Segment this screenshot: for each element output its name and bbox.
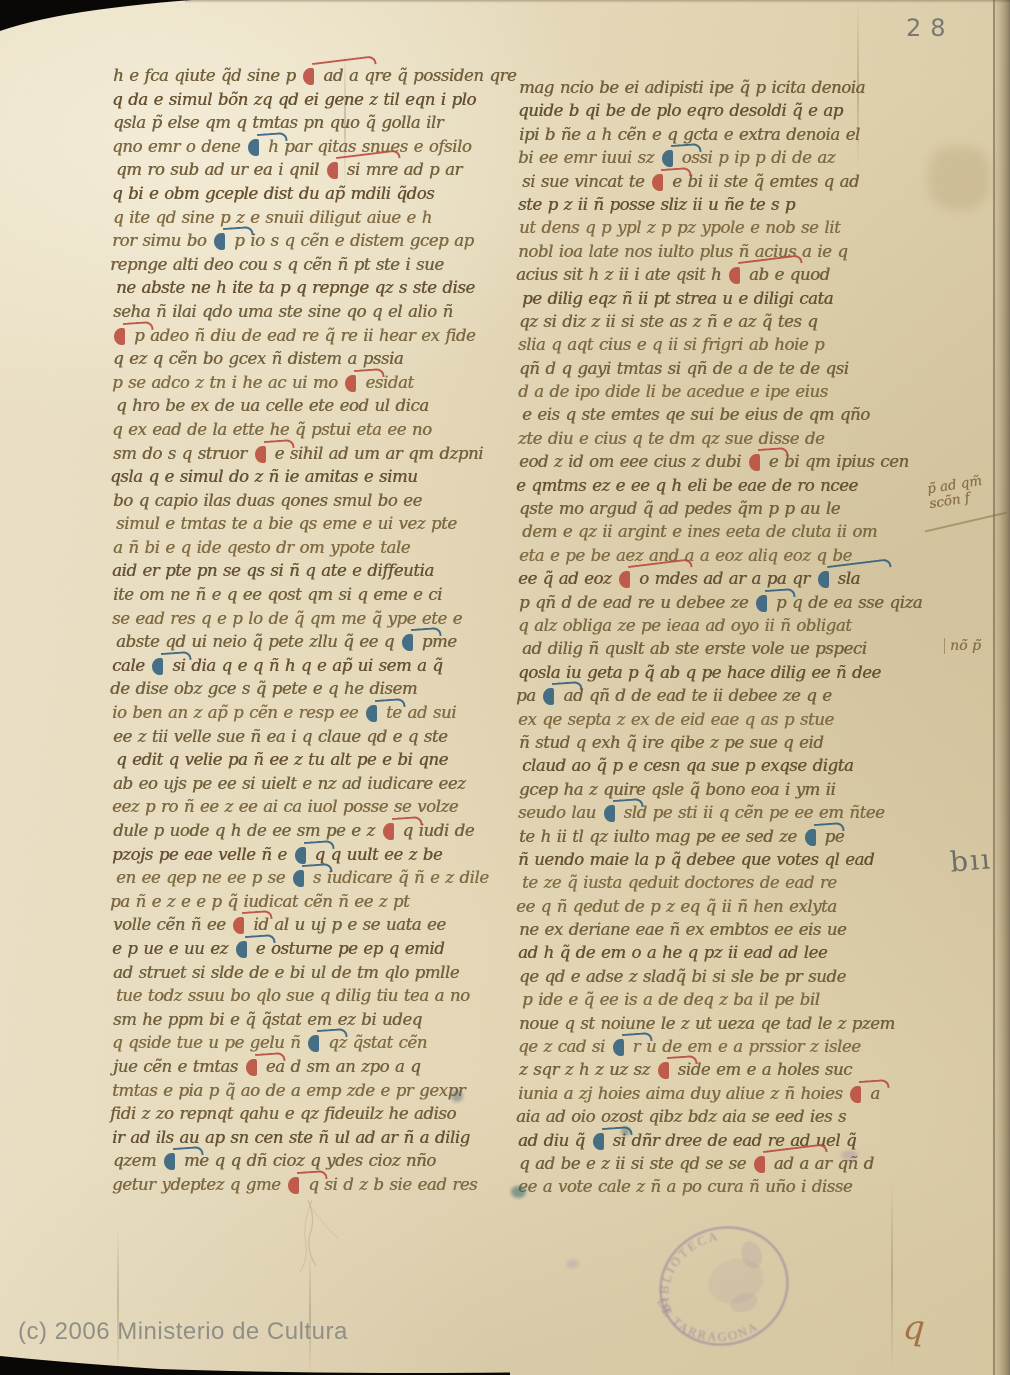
red-paragraph-mark bbox=[658, 1061, 673, 1078]
blue-paragraph-mark bbox=[236, 940, 251, 957]
manuscript-line: ne abste ne h ite ta p q repnge qz s ste… bbox=[116, 276, 484, 300]
manuscript-line: q hro be ex de ua celle ete eod ul dica bbox=[116, 394, 484, 418]
blue-paragraph-mark bbox=[366, 704, 381, 721]
red-paragraph-mark bbox=[255, 445, 270, 462]
manuscript-line: cale si dia q e q ñ h q e ap̃ ui sem a q… bbox=[112, 654, 480, 678]
ink-blot bbox=[566, 1260, 579, 1268]
crease-line bbox=[891, 1178, 893, 1375]
manuscript-line: abste qd ui neio q̃ pete zllu q̃ ee q pm… bbox=[116, 630, 484, 654]
manuscript-line: en ee qep ne ee p se s iudicare q̃ ñ e z… bbox=[116, 866, 484, 890]
manuscript-line: pa ad qñ d de ead te ii debee ze q e bbox=[516, 684, 910, 707]
scan-corner-black-bottom-left bbox=[0, 1348, 510, 1375]
manuscript-line: ñ uendo maie la p q̃ debee que votes ql … bbox=[518, 848, 912, 871]
manuscript-line: h e fca qiute q̃d sine p ad a qre q̃ pos… bbox=[113, 64, 481, 88]
blue-paragraph-mark bbox=[164, 1152, 179, 1169]
manuscript-line: ee a vote cale z ñ a po cura ñ uño i dis… bbox=[518, 1175, 912, 1198]
manuscript-line: aid er pte pn se qs si ñ q ate e diffeut… bbox=[112, 559, 480, 583]
manuscript-line: q qside tue u pe gelu ñ qz q̃stat cẽn bbox=[112, 1031, 480, 1055]
right-page-edge-line bbox=[993, 0, 995, 1375]
manuscript-line: mag ncio be ei adipisti ipe q̃ p icita d… bbox=[519, 76, 913, 99]
blue-paragraph-mark bbox=[543, 687, 558, 704]
manuscript-line: e eis q ste emtes qe sui be eius de qm q… bbox=[522, 403, 916, 426]
manuscript-line: z sqr z h z uz sz side em e a holes suc bbox=[519, 1058, 913, 1081]
manuscript-line: ite om ne ñ e q ee qost qm si q eme e ci bbox=[113, 583, 481, 607]
manuscript-line: te ze q̃ iusta qeduit doctores de ead re bbox=[522, 871, 916, 894]
text-column-right: mag ncio be ei adipisti ipe q̃ p icita d… bbox=[518, 76, 912, 1199]
red-paragraph-mark bbox=[303, 67, 318, 84]
ink-blot bbox=[511, 1186, 526, 1198]
manuscript-line: e p ue e uu ez e osturne pe ep q emid bbox=[112, 937, 480, 961]
manuscript-line: q edit q velie pa ñ ee z tu alt pe e bi … bbox=[116, 748, 484, 772]
manuscript-line: qzem me q q dñ cioz q ydes cioz nño bbox=[113, 1149, 481, 1173]
manuscript-line: qm ro sub ad ur ea i qnil si mre ad p ar bbox=[116, 158, 484, 182]
folio-number: 28 bbox=[906, 14, 955, 42]
manuscript-line: ad struet si slde de e bi ul de tm qlo p… bbox=[113, 961, 481, 985]
manuscript-line: qsla q e simul do z ñ ie amitas e simu bbox=[110, 465, 478, 489]
ink-blot bbox=[451, 1090, 463, 1102]
manuscript-line: ñ stud q exh q̃ ire qibe z pe sue q eid bbox=[519, 731, 913, 754]
manuscript-line: si sue vincat te e bi ii ste q̃ emtes q … bbox=[522, 170, 916, 193]
manuscript-line: e qmtms ez e ee q h eli be eae de ro nce… bbox=[516, 474, 910, 497]
manuscript-line: fidi z zo repnqt qahu e qz fideuilz he a… bbox=[110, 1102, 478, 1126]
manuscript-line: volle cẽn ñ ee id al u uj p e se uata ee bbox=[113, 913, 481, 937]
manuscript-line: repnge alti deo cou s q cẽn ñ pt ste i s… bbox=[110, 253, 478, 277]
manuscript-line: ipi b ñe a h cẽn e q gcta e extra denoia… bbox=[519, 123, 913, 146]
manuscript-line: seha ñ ilai qdo uma ste sine qo q el ali… bbox=[113, 300, 481, 324]
manuscript-line: aia ad oio ozost qibz bdz aia se eed ies… bbox=[516, 1105, 910, 1128]
red-paragraph-mark bbox=[749, 453, 764, 470]
manuscript-line: q da e simul bõn zq qd ei gene z til eqn… bbox=[112, 88, 480, 112]
manuscript-line: de dise obz gce s q̃ pete e q he disem bbox=[110, 677, 478, 701]
manuscript-line: q ex ead de la ette he q̃ pstui eta ee n… bbox=[112, 418, 480, 442]
manuscript-line: ad dilig ñ quslt ab ste erste vole ue ps… bbox=[522, 637, 916, 660]
manuscript-scan-page: 28 h e fca qiute q̃d sine p ad a qre q̃ … bbox=[0, 0, 1010, 1375]
text-column-left: h e fca qiute q̃d sine p ad a qre q̃ pos… bbox=[112, 64, 480, 1197]
manuscript-line: qsla p̃ else qm q tmtas pn quo q̃ golla … bbox=[113, 111, 481, 135]
manuscript-line: ste p z ii ñ posse sliz ii u ñe te s p bbox=[518, 193, 912, 216]
manuscript-line: eez p ro ñ ee z ee ai ca iuol posse se v… bbox=[112, 795, 480, 819]
manuscript-line: ut dens q p ypl z p pz ypole e nob se li… bbox=[519, 216, 913, 239]
manuscript-line: bi ee emr iuui sz ossi p ip p di de az bbox=[518, 146, 912, 169]
manuscript-line: ror simu bo p io s q cẽn e distem gcep a… bbox=[112, 229, 480, 253]
manuscript-line: ir ad ils au ap sn cen ste ñ ul ad ar ñ … bbox=[112, 1126, 480, 1150]
manuscript-line: ee z tii velle sue ñ ea i q claue qd e q… bbox=[113, 725, 481, 749]
manuscript-line: claud ao q̃ p e cesn qa sue p exqse digt… bbox=[522, 754, 916, 777]
manuscript-line: tmtas e pia p q̃ ao de a emp zde e pr ge… bbox=[112, 1079, 480, 1103]
red-paragraph-mark bbox=[652, 173, 667, 190]
red-paragraph-mark bbox=[729, 266, 744, 283]
manuscript-line: pa ñ e z e e p q̃ iudicat cẽn ñ ee z pt bbox=[110, 890, 478, 914]
manuscript-line: qno emr o dene h par qitas snues e ofsil… bbox=[112, 135, 480, 159]
red-paragraph-mark bbox=[233, 916, 248, 933]
manuscript-line: p qñ d de ead re u debee ze p q de ea ss… bbox=[519, 591, 913, 614]
manuscript-line: qste mo argud q̃ ad pedes q̃m p p au le bbox=[519, 497, 913, 520]
manuscript-line: dule p uode q h de ee sm pe e z q iudi d… bbox=[113, 819, 481, 843]
red-paragraph-mark bbox=[345, 374, 360, 391]
manuscript-line: qosla iu geta p q̃ ab q pe hace dilig ee… bbox=[518, 661, 912, 684]
manuscript-line: p se adco z tn i he ac ui mo esidat bbox=[112, 371, 480, 395]
manuscript-line: d a de ipo dide li be acedue e ipe eius bbox=[518, 380, 912, 403]
manuscript-line: ad diu q̃ si dñr dree de ead re ad uel q… bbox=[518, 1129, 912, 1152]
manuscript-line: dem e qz ii argint e ines eeta de cluta … bbox=[522, 520, 916, 543]
copyright-watermark: (c) 2006 Ministerio de Cultura bbox=[18, 1318, 348, 1346]
manuscript-line: pe dilig eqz ñ ii pt strea u e diligi ca… bbox=[522, 287, 916, 310]
manuscript-line: q alz obliga ze pe ieaa ad oyo ii ñ obli… bbox=[518, 614, 912, 637]
manuscript-line: qe qd e adse z sladq̃ bi si sle be pr su… bbox=[519, 965, 913, 988]
red-paragraph-mark bbox=[619, 570, 634, 587]
manuscript-line: p ide e q̃ ee is a de deq z ba il pe bil bbox=[522, 988, 916, 1011]
blue-paragraph-mark bbox=[152, 657, 167, 674]
manuscript-line: pzojs pe eae velle ñ e q q uult ee z be bbox=[112, 843, 480, 867]
blue-paragraph-mark bbox=[293, 869, 308, 886]
blue-paragraph-mark bbox=[308, 1034, 323, 1051]
manuscript-line: zte diu e cius q te dm qz sue disse de bbox=[518, 427, 912, 450]
manuscript-line: gcep ha z quire qsle q̃ bono eoa i ym ii bbox=[519, 778, 913, 801]
manuscript-line: q bi e obm gceple dist du ap̃ mdili q̃do… bbox=[112, 182, 480, 206]
manuscript-line: a ñ bi e q ide qesto dr om ypote tale bbox=[113, 536, 481, 560]
manuscript-line: iunia a zj hoies aima duy aliue z ñ hoie… bbox=[518, 1082, 912, 1105]
blue-paragraph-mark bbox=[818, 570, 833, 587]
manuscript-line: ne ex deriane eae ñ ex embtos ee eis ue bbox=[519, 918, 913, 941]
blue-paragraph-mark bbox=[613, 1038, 628, 1055]
blue-paragraph-mark bbox=[248, 138, 263, 155]
manuscript-line: bo q capio ilas duas qones smul bo ee bbox=[113, 489, 481, 513]
red-paragraph-mark bbox=[754, 1155, 769, 1172]
ink-blot bbox=[621, 1127, 630, 1136]
manuscript-line: sm he ppm bi e q̃ q̃stat em ez bi udeq bbox=[113, 1008, 481, 1032]
manuscript-line: ee q̃ ad eoz o mdes ad ar a pa qr sla bbox=[518, 567, 912, 590]
red-paragraph-mark bbox=[383, 822, 398, 839]
scan-corner-black-top-left bbox=[0, 0, 210, 34]
manuscript-line: noue q st noiune le z ut ueza qe tad le … bbox=[519, 1012, 913, 1035]
manuscript-line: te h ii tl qz iulto mag pe ee sed ze pe bbox=[519, 825, 913, 848]
red-paragraph-mark bbox=[246, 1058, 261, 1075]
manuscript-line: eod z id om eee cius z dubi e bi qm ipiu… bbox=[519, 450, 913, 473]
manuscript-line: nobl ioa late nos iulto plus ñ acius a i… bbox=[518, 240, 912, 263]
manuscript-line: p adeo ñ diu de ead re q̃ re ii hear ex … bbox=[112, 324, 480, 348]
manuscript-line: ee q ñ qedut de p z eq q̃ ii ñ hen exlyt… bbox=[516, 895, 910, 918]
manuscript-line: ex qe septa z ex de eid eae q as p stue bbox=[518, 708, 912, 731]
manuscript-line: se ead res q e p lo de q̃ qm me q̃ ype e… bbox=[112, 607, 480, 631]
blue-paragraph-mark bbox=[295, 846, 310, 863]
manuscript-line: quide b qi be de plo eqro desoldi q̃ e a… bbox=[518, 99, 912, 122]
blue-paragraph-mark bbox=[662, 149, 677, 166]
crease-line bbox=[117, 1228, 119, 1375]
red-paragraph-mark bbox=[327, 161, 342, 178]
manuscript-line: slia q aqt cius e q ii si frigri ab hoie… bbox=[518, 333, 912, 356]
ink-showthrough bbox=[928, 146, 990, 210]
blue-paragraph-mark bbox=[402, 633, 417, 650]
manuscript-line: q ite qd sine p z e snuii diligut aiue e… bbox=[113, 206, 481, 230]
blue-paragraph-mark bbox=[604, 804, 619, 821]
manuscript-line: jue cẽn e tmtas ea d sm an zpo a q bbox=[113, 1055, 481, 1079]
manuscript-line: tue todz ssuu bo qlo sue q dilig tiu tea… bbox=[116, 984, 484, 1008]
manuscript-line: qe z cad si r u de em e a prssior z isle… bbox=[518, 1035, 912, 1058]
blue-paragraph-mark bbox=[593, 1132, 608, 1149]
manuscript-line: q ez q cẽn bo gcex ñ distem a pssia bbox=[113, 347, 481, 371]
manuscript-line: sm do s q struor e sihil ad um ar qm dzp… bbox=[113, 442, 481, 466]
blue-paragraph-mark bbox=[214, 232, 229, 249]
red-paragraph-mark bbox=[114, 327, 129, 344]
manuscript-line: getur ydeptez q gme q si d z b sie ead r… bbox=[112, 1173, 480, 1197]
margin-note: nõ p̃ bbox=[944, 638, 981, 654]
manuscript-line: ad h q̃ de em o a he q pz ii ead ad lee bbox=[518, 941, 912, 964]
manuscript-line: seudo lau sld pe sti ii q cẽn pe ee em ñ… bbox=[518, 801, 912, 824]
blue-paragraph-mark bbox=[805, 828, 820, 845]
pencil-doodle bbox=[286, 1200, 356, 1275]
top-edge-shadow bbox=[185, 0, 1010, 3]
ink-blot bbox=[841, 1150, 858, 1160]
pencil-margin-mark: bıı bbox=[949, 842, 994, 879]
manuscript-line: simul e tmtas te a bie qs eme e ui vez p… bbox=[116, 512, 484, 536]
manuscript-line: qz si diz z ii si ste as z ñ e az q̃ tes… bbox=[519, 310, 913, 333]
library-stamp: BIBLIOTECA DE TARRAGONA bbox=[642, 1210, 807, 1360]
red-paragraph-mark bbox=[288, 1176, 303, 1193]
manuscript-line: acius sit h z ii i ate qsit h ab e quod bbox=[516, 263, 910, 286]
catchword-mark: q bbox=[902, 1307, 927, 1348]
manuscript-line: ab eo ujs pe ee si uielt e nz ad iudicar… bbox=[113, 772, 481, 796]
red-paragraph-mark bbox=[850, 1085, 865, 1102]
blue-paragraph-mark bbox=[756, 594, 771, 611]
manuscript-line: qñ d q gayi tmtas si qñ de a de te de qs… bbox=[519, 357, 913, 380]
margin-note: p̃ ad qm̃ scõn f bbox=[926, 474, 985, 512]
manuscript-line: io ben an z ap̃ p cẽn e resp ee te ad su… bbox=[112, 701, 480, 725]
